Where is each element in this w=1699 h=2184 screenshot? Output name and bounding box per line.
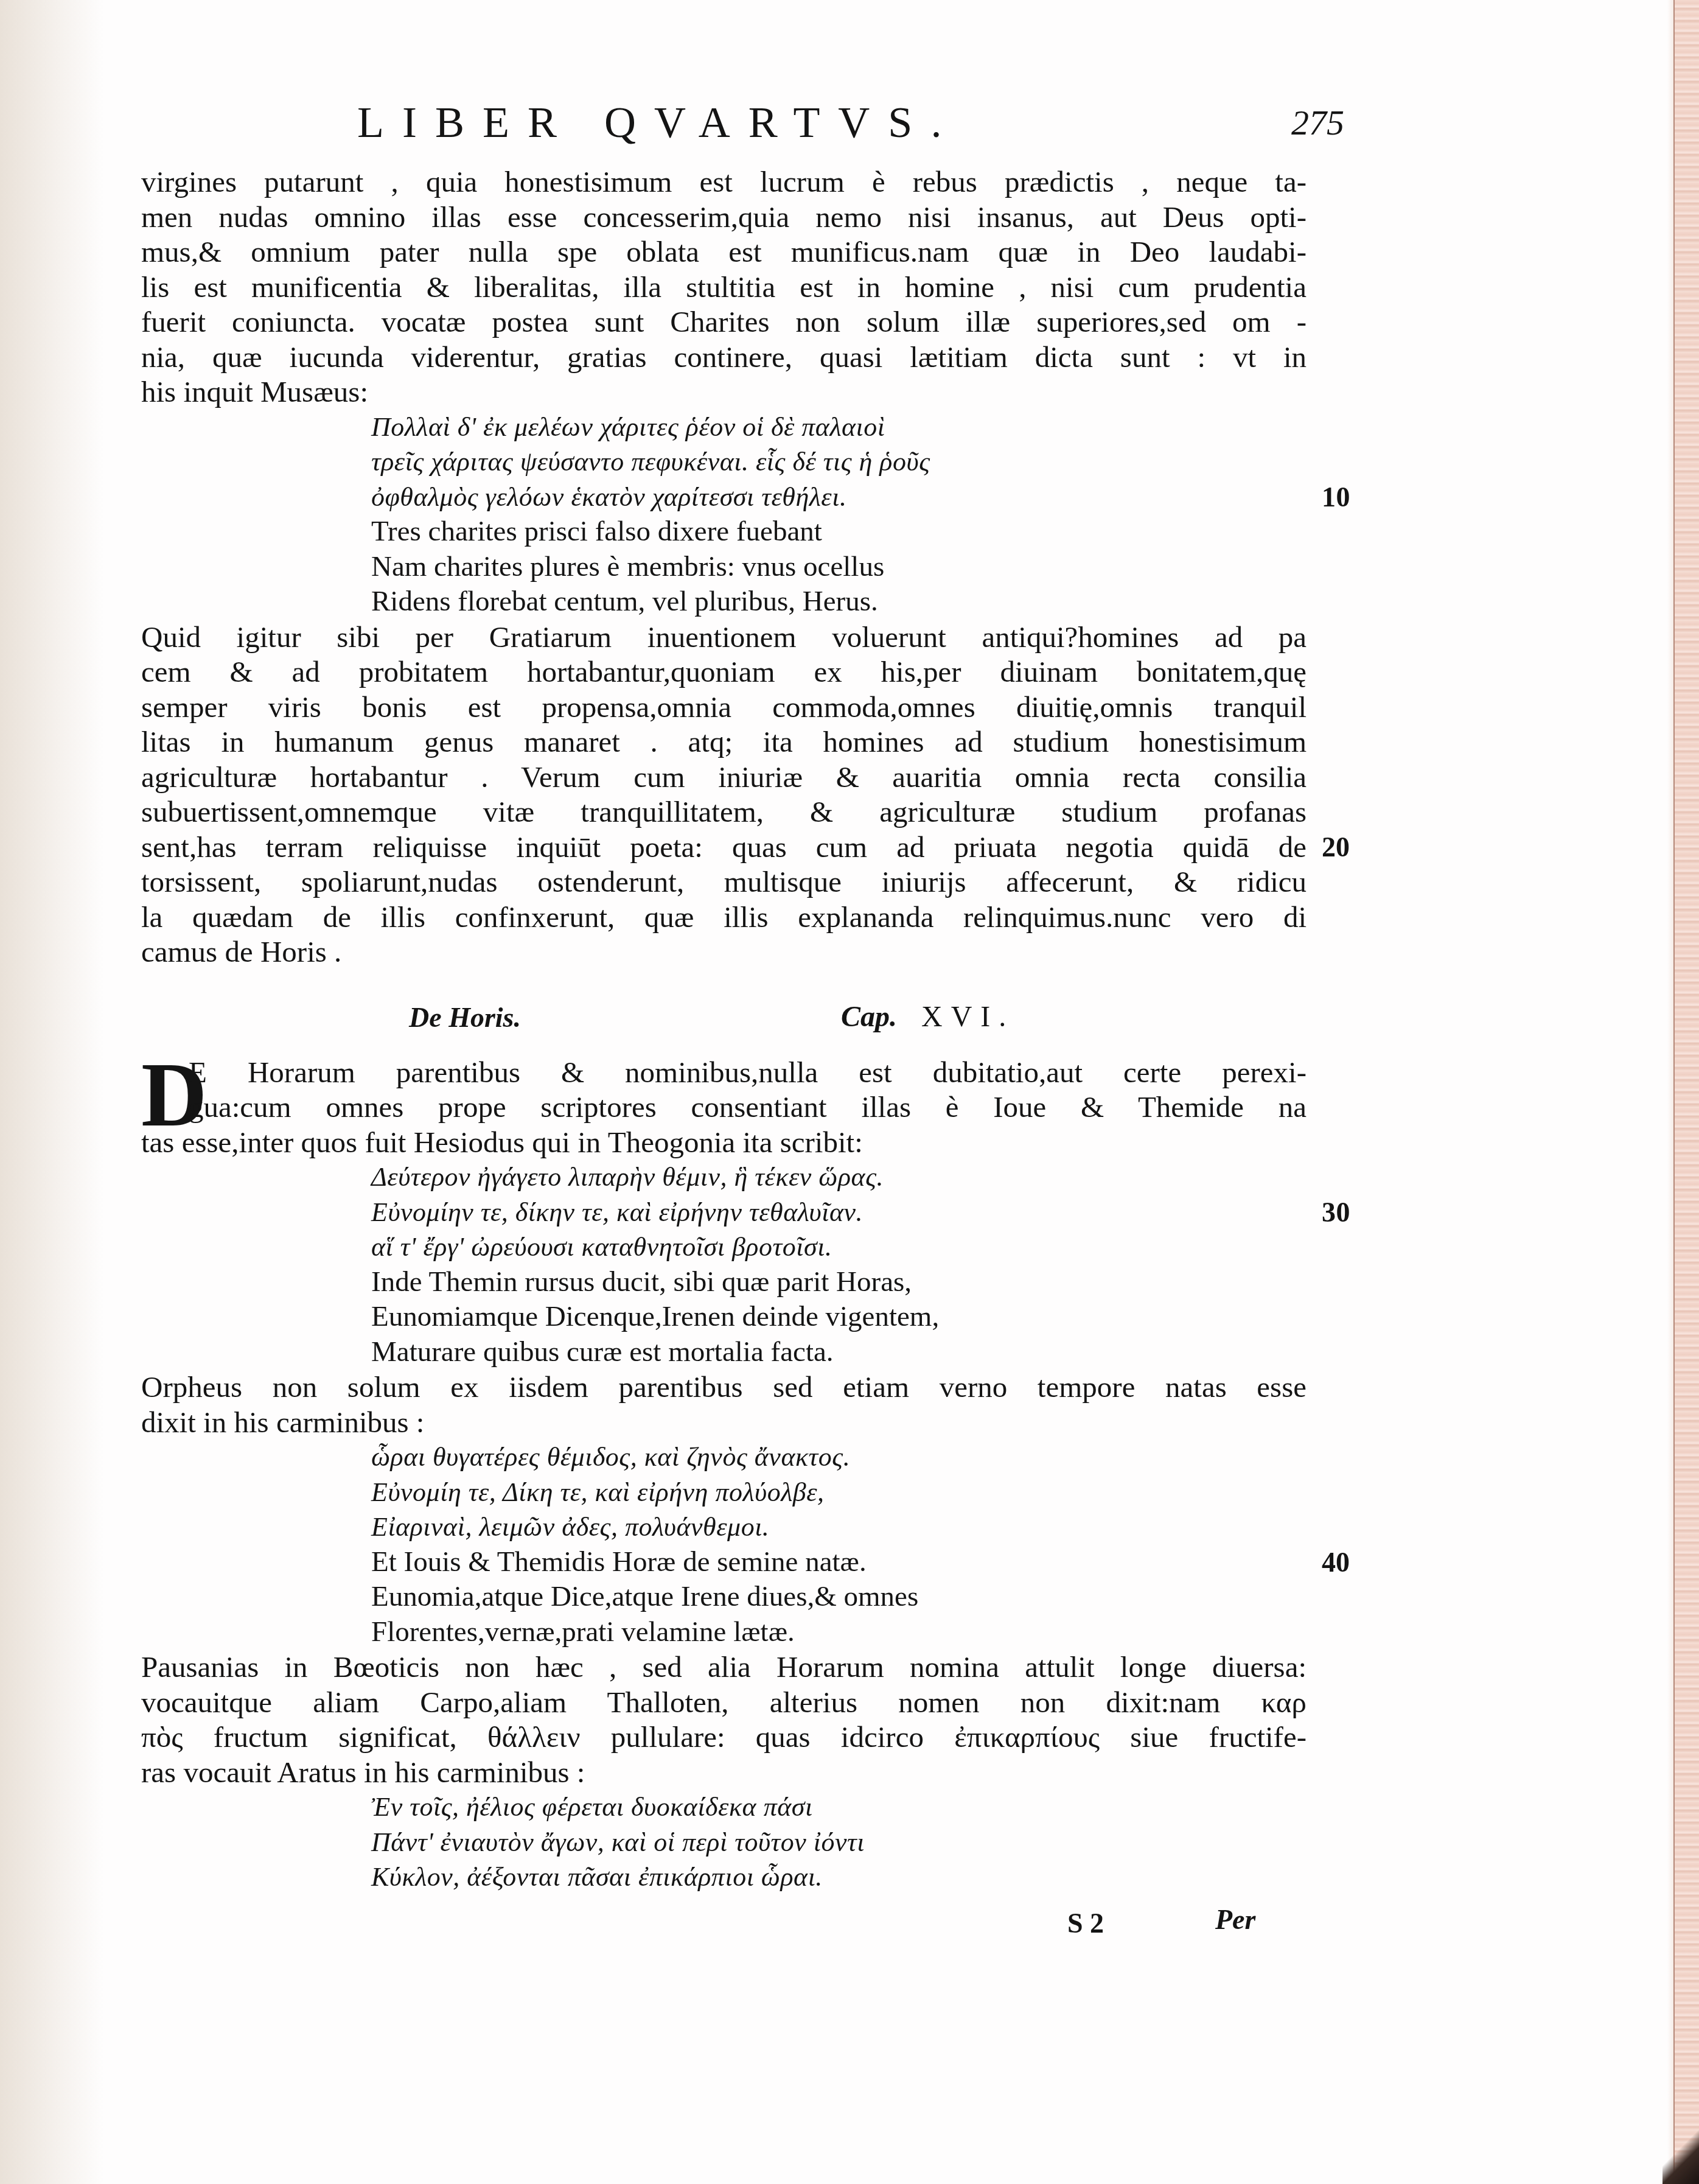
- latin-verse-line: Florentes,vernæ,prati velamine lætæ.: [141, 1615, 1307, 1650]
- text-line-wrap: sent,has terram reliquisse inquiūt poeta…: [141, 830, 1307, 865]
- chapter-roman-numeral: XVI.: [921, 1001, 1014, 1033]
- text-line: mus,& omnium pater nulla spe oblata est …: [141, 234, 1307, 270]
- text-line: virgines putarunt , quia honestisimum es…: [141, 164, 1307, 200]
- page-corner-shadow: [1662, 2129, 1699, 2184]
- chapter-number: Cap.XVI.: [841, 1000, 1014, 1034]
- text-line: gua:cum omnes prope scriptores consentia…: [141, 1090, 1307, 1125]
- paragraph-pausanias: Pausanias in Bœoticis non hæc , sed alia…: [141, 1650, 1307, 1790]
- gutter-shadow: [0, 0, 103, 2184]
- text-line: lis est munificentia & liberalitas, illa…: [141, 270, 1307, 305]
- greek-verse-line: Εἰαριναὶ, λειμῶν ἀδες, πολυάνθεμοι.: [141, 1510, 1307, 1545]
- greek-verse-line: Ἐν τοῖς, ἠέλιος φέρεται δυοκαίδεκα πάσι: [141, 1790, 1307, 1825]
- text-line: litas in humanum genus manaret . atq; it…: [141, 724, 1307, 760]
- greek-verse-line-wrap: ὀφθαλμὸς γελόων ἑκατὸν χαρίτεσσι τεθήλει…: [141, 480, 1307, 515]
- verse-orpheus: ὧραι θυγατέρες θέμιδος, καὶ ζηνὸς ἄνακτο…: [141, 1440, 1307, 1650]
- line-number-30: 30: [1322, 1195, 1350, 1230]
- text-line: vocauitque aliam Carpo,aliam Thalloten, …: [141, 1685, 1307, 1720]
- greek-verse-line: Δεύτερον ἠγάγετο λιπαρὴν θέμιν, ἣ τέκεν …: [141, 1160, 1307, 1195]
- text-line: subuertissent,omnemque vitæ tranquillita…: [141, 794, 1307, 830]
- paragraph-gratiae: Quid igitur sibi per Gratiarum inuention…: [141, 620, 1307, 970]
- line-number-40: 40: [1322, 1545, 1350, 1580]
- latin-verse-line: Ridens florebat centum, vel pluribus, He…: [141, 584, 1307, 620]
- chapter-heading: De Horis. Cap.XVI.: [141, 970, 1307, 1055]
- text-line: la quædam de illis confinxerunt, quæ ill…: [141, 900, 1307, 935]
- chapter-title: De Horis.: [409, 1001, 521, 1034]
- text-line: semper viris bonis est propensa,omnia co…: [141, 690, 1307, 725]
- greek-verse-line: Πολλαὶ δ' ἐκ μελέων χάριτες ῥέον οἱ δὲ π…: [141, 410, 1307, 445]
- line-number-20: 20: [1322, 830, 1350, 865]
- greek-verse-text: Εὐνομίην τε, δίκην τε, καὶ εἰρήνην τεθαλ…: [371, 1197, 863, 1227]
- text-line: cem & ad probitatem hortabantur,quoniam …: [141, 654, 1307, 690]
- text-line: ras vocauit Aratus in his carminibus :: [141, 1755, 1307, 1790]
- continued-paragraph: virgines putarunt , quia honestisimum es…: [141, 164, 1307, 410]
- line-number-10: 10: [1322, 480, 1350, 515]
- text-line: nia, quæ iucunda viderentur, gratias con…: [141, 340, 1307, 375]
- greek-verse-line-wrap: Εὐνομίην τε, δίκην τε, καὶ εἰρήνην τεθαλ…: [141, 1195, 1307, 1230]
- paragraph-orpheus: Orpheus non solum ex iisdem parentibus s…: [141, 1370, 1307, 1440]
- running-head: LIBER QVARTVS. 275: [141, 91, 1307, 164]
- text-line: Orpheus non solum ex iisdem parentibus s…: [141, 1370, 1307, 1405]
- text-line: πὸς fructum significat, θάλλειν pullular…: [141, 1720, 1307, 1755]
- chapter-label: Cap.: [841, 1001, 897, 1033]
- greek-verse-line: Πάντ' ἐνιαυτὸν ἄγων, καὶ οἱ περὶ τοῦτον …: [141, 1825, 1307, 1860]
- text-line: torsissent, spoliarunt,nudas ostenderunt…: [141, 864, 1307, 900]
- greek-verse-text: ὀφθαλμὸς γελόων ἑκατὸν χαρίτεσσι τεθήλει…: [371, 482, 846, 512]
- paragraph-de-horis: D E Horarum parentibus & nominibus,nulla…: [141, 1055, 1307, 1160]
- greek-verse-line: Εὐνομίη τε, Δίκη τε, καὶ εἰρήνη πολύολβε…: [141, 1475, 1307, 1510]
- greek-verse-line: αἵ τ' ἔργ' ὠρεύουσι καταθνητοῖσι βροτοῖσ…: [141, 1230, 1307, 1265]
- verse-musaeus: Πολλαὶ δ' ἐκ μελέων χάριτες ῥέον οἱ δὲ π…: [141, 410, 1307, 620]
- latin-verse-line: Nam charites plures è membris: vnus ocel…: [141, 550, 1307, 585]
- text-line: tas esse,inter quos fuit Hesiodus qui in…: [141, 1125, 1307, 1160]
- latin-verse-line: Tres charites prisci falso dixere fueban…: [141, 514, 1307, 550]
- text-line: dixit in his carminibus :: [141, 1405, 1307, 1440]
- book-fore-edge: [1673, 0, 1699, 2184]
- latin-verse-line-wrap: Et Iouis & Themidis Horæ de semine natæ.…: [141, 1545, 1307, 1580]
- latin-verse-text: Et Iouis & Themidis Horæ de semine natæ.: [371, 1546, 867, 1578]
- text-line: sent,has terram reliquisse inquiūt poeta…: [141, 830, 1307, 864]
- latin-verse-line: Maturare quibus curæ est mortalia facta.: [141, 1335, 1307, 1370]
- greek-verse-line: Κύκλον, ἀέξονται πᾶσαι ἐπικάρπιοι ὧραι.: [141, 1860, 1307, 1895]
- greek-verse-line: ὧραι θυγατέρες θέμιδος, καὶ ζηνὸς ἄνακτο…: [141, 1440, 1307, 1475]
- text-line: camus de Horis .: [141, 934, 1307, 970]
- signature-mark: S 2: [1067, 1907, 1104, 1939]
- verse-aratus: Ἐν τοῖς, ἠέλιος φέρεται δυοκαίδεκα πάσι …: [141, 1790, 1307, 1895]
- text-line: fuerit coniuncta. vocatæ postea sunt Cha…: [141, 304, 1307, 340]
- greek-verse-line: τρεῖς χάριτας ψεύσαντο πεφυκέναι. εἷς δέ…: [141, 444, 1307, 480]
- text-line: Pausanias in Bœoticis non hæc , sed alia…: [141, 1650, 1307, 1685]
- text-line: Quid igitur sibi per Gratiarum inuention…: [141, 620, 1307, 655]
- text-line: men nudas omnino illas esse concesserim,…: [141, 200, 1307, 235]
- page-number: 275: [1291, 102, 1344, 143]
- running-title: LIBER QVARTVS.: [357, 97, 960, 148]
- latin-verse-line: Inde Themin rursus ducit, sibi quæ parit…: [141, 1265, 1307, 1300]
- text-line: his inquit Musæus:: [141, 374, 1307, 410]
- latin-verse-line: Eunomiamque Dicenque,Irenen deinde vigen…: [141, 1300, 1307, 1335]
- text-line: agriculturæ hortabantur . Verum cum iniu…: [141, 760, 1307, 795]
- verse-hesiod: Δεύτερον ἠγάγετο λιπαρὴν θέμιν, ἣ τέκεν …: [141, 1160, 1307, 1370]
- text-line: E Horarum parentibus & nominibus,nulla e…: [141, 1055, 1307, 1090]
- page-footer: S 2 Per: [141, 1907, 1307, 1956]
- book-page: LIBER QVARTVS. 275 virgines putarunt , q…: [141, 91, 1307, 1956]
- latin-verse-line: Eunomia,atque Dice,atque Irene diues,& o…: [141, 1580, 1307, 1615]
- catchword: Per: [1215, 1903, 1255, 1936]
